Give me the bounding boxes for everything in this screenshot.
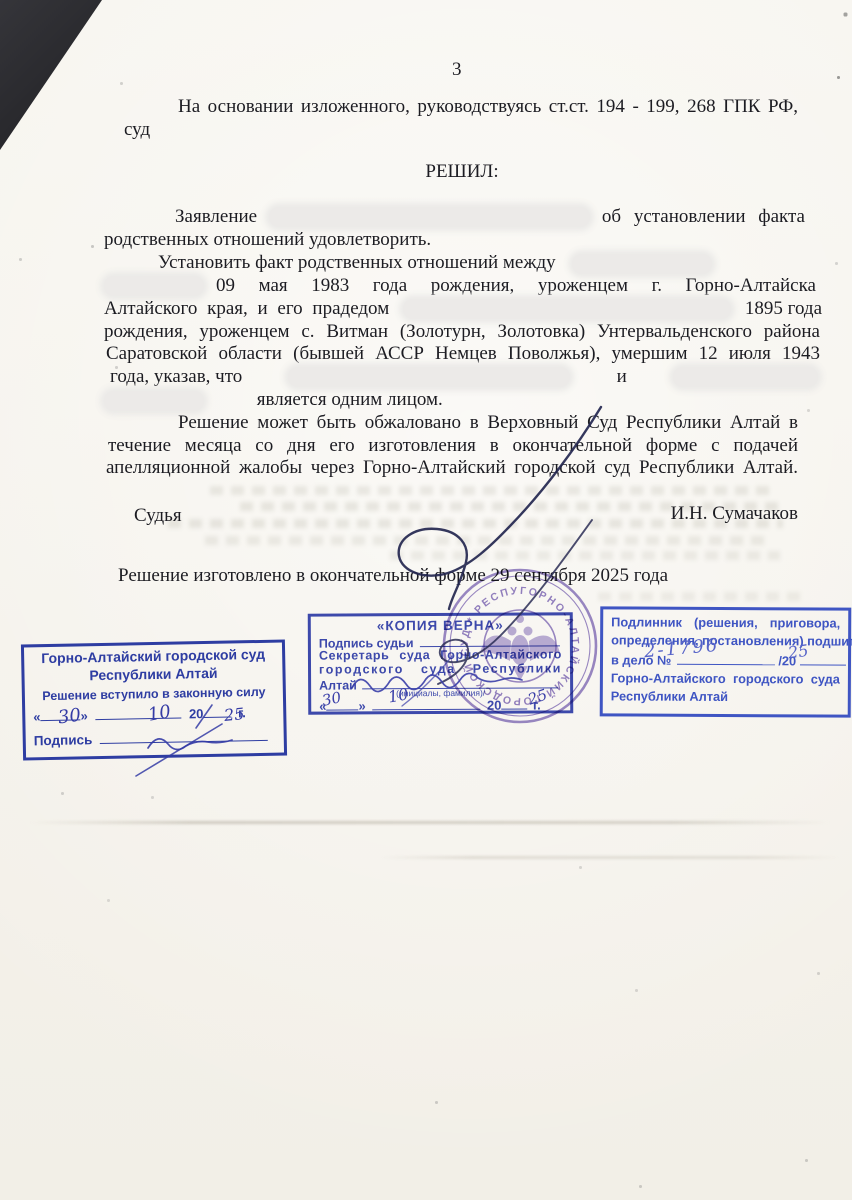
year-prefix: 20 [189, 706, 204, 721]
bleed-through-text [205, 536, 765, 545]
handwritten-month: 10 [387, 684, 410, 706]
stamp-legal-force-line: Решение вступило в законную силу [33, 685, 275, 704]
bleed-through-text [210, 486, 770, 495]
handwritten-year: 25 [223, 704, 245, 725]
text-line: течение месяца со дня его изготовления в… [108, 434, 798, 457]
stamp-legal-force: Горно-Алтайский городской суд Республики… [21, 639, 287, 760]
scan-dust-specks [0, 0, 1, 1]
text-line: Саратовской области (бывшей АССР Немцев … [106, 342, 820, 365]
text-segment: является одним лицом. [257, 389, 443, 410]
secretary-line: Секретарь суда Горно-Алтайского [319, 647, 562, 662]
text-line: родственных отношений удовлетворить. [104, 228, 431, 251]
stamp-date-row: «» 20 г. [319, 695, 562, 713]
stamp-court-name: Горно-Алтайский городской суд [32, 646, 274, 667]
redacted-text [572, 254, 712, 274]
bleed-through-text [598, 592, 808, 601]
redacted-text [288, 367, 570, 387]
resolution-heading: РЕШИЛ: [112, 160, 812, 183]
scanned-court-decision-page: 3 На основании изложенного, руководствуя… [0, 0, 852, 1200]
text-line: 09 мая 1983 года рождения, уроженцем г. … [104, 274, 816, 297]
text-segment: 1895 года [745, 297, 822, 320]
sign-label: Подпись [34, 732, 93, 748]
blank-line [100, 727, 268, 744]
redacted-text [104, 391, 204, 411]
stamp-title: «КОПИЯ ВЕРНА» [319, 617, 562, 633]
handwritten-month: 10 [146, 701, 172, 726]
handwritten-day: 30 [57, 705, 83, 729]
year-prefix: 20 [487, 698, 502, 713]
paper-crease [30, 821, 830, 824]
final-form-line: Решение изготовлено в окончательной форм… [118, 564, 668, 587]
stamp-line: Подлинник (решения, приговора, [611, 614, 840, 630]
text-line: Заявление об установлении факта [113, 205, 805, 228]
redacted-text [673, 367, 818, 387]
text-line: Установить факт родственных отношений ме… [112, 251, 712, 274]
text-line: рождения, уроженцем с. Витман (Золотурн,… [104, 320, 820, 343]
text-segment: об установлении факта [602, 205, 805, 228]
text-line: суд [124, 118, 150, 141]
stamp-original-filed: Подлинник (решения, приговора, определен… [600, 606, 852, 717]
redacted-text [104, 276, 204, 296]
judge-name: И.Н. Сумачаков [112, 502, 798, 525]
paper-crease [380, 856, 840, 859]
blank-line [420, 632, 560, 647]
text-line: На основании изложенного, руководствуясь… [112, 95, 798, 118]
text-line: является одним лицом. [104, 388, 443, 411]
stamp-sign-row: Подпись [34, 727, 276, 749]
blank-line [501, 696, 527, 710]
text-segment: Заявление [175, 205, 257, 228]
stamp-court-name: Горно-Алтайского городского суда [611, 670, 840, 686]
redacted-text [269, 207, 590, 227]
text-segment: года, указав, что [110, 365, 242, 388]
text-line: года, указав, что и [110, 365, 818, 388]
stamp-court-name: Республики Алтай [32, 664, 274, 685]
scan-corner-fold [0, 0, 102, 150]
bleed-through-text [390, 551, 780, 560]
page-number: 3 [452, 58, 462, 81]
stamp-court-name: Республики Алтай [611, 688, 840, 704]
text-segment: Алтайского края, и его прадедом [104, 297, 389, 320]
text-line: Решение может быть обжаловано в Верховны… [112, 411, 798, 434]
text-line: апелляционной жалобы через Горно-Алтайск… [106, 456, 798, 479]
text-segment: и [617, 365, 627, 388]
handwritten-year: 25 [787, 641, 810, 663]
text-segment: Установить факт родственных отношений ме… [158, 252, 556, 273]
quote: » [358, 698, 365, 713]
text-line: Алтайского края, и его прадедом 1895 год… [104, 297, 822, 320]
text-segment: 09 мая 1983 года рождения, уроженцем г. … [216, 274, 816, 297]
redacted-text [403, 299, 731, 319]
